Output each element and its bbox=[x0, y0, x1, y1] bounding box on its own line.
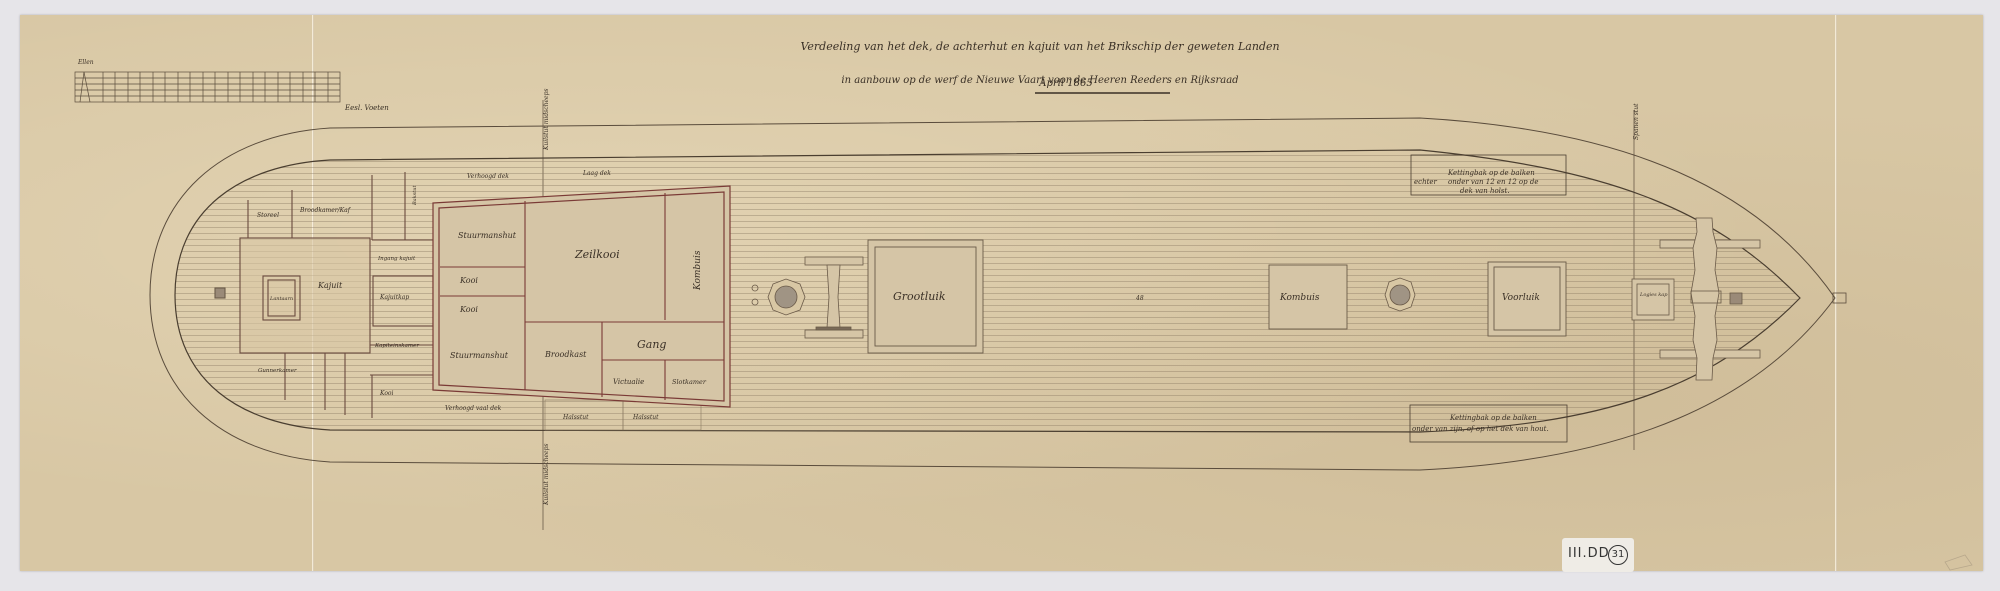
scale-unit-label: Eesl. Voeten bbox=[344, 104, 389, 112]
deck-plan-drawing: Verdeeling van het dek, de achterhut en … bbox=[0, 0, 2000, 591]
label-quarter-deck-top: Verhoogd dek bbox=[467, 173, 509, 180]
room-side: Kooi bbox=[379, 390, 394, 397]
room-stores: Storeel bbox=[257, 212, 279, 219]
fore-pump-icon bbox=[1385, 278, 1415, 311]
scale-header: Ellen bbox=[77, 59, 94, 66]
room-berth-1: Kooi bbox=[459, 276, 478, 285]
station-note-top: Kuilstut midscheeps bbox=[543, 89, 550, 152]
label-hatch-1: Halsstut bbox=[562, 414, 589, 421]
title-line-1: Verdeeling van het dek, de achterhut en … bbox=[800, 40, 1279, 53]
room-small-port: Bakstut bbox=[412, 185, 418, 206]
title-block: Verdeeling van het dek, de achterhut en … bbox=[800, 40, 1279, 93]
room-bread-store: Broodkast bbox=[544, 350, 587, 359]
room-cabin-entrance: Ingang kajuit bbox=[377, 256, 416, 262]
room-gunner: Gunnerkamer bbox=[258, 368, 297, 374]
label-low-deck-top: Laag dek bbox=[582, 170, 611, 177]
room-galley: Kombuis bbox=[693, 250, 703, 291]
scale-bar: Ellen Eesl. Voeten bbox=[75, 59, 389, 112]
note-top-line-3: dek van holst. bbox=[1460, 187, 1510, 195]
room-provisions: Victualie bbox=[613, 378, 644, 386]
station-note-bottom: Kuilstut midscheeps bbox=[543, 444, 550, 507]
room-cabin: Kajuit bbox=[317, 281, 343, 290]
note-bottom-line-2: onder van zijn, of op het dek van hout. bbox=[1412, 425, 1549, 433]
archive-label: III.DD 31 bbox=[1562, 538, 1634, 572]
label-fore-hatch: Voorluik bbox=[1502, 293, 1540, 303]
label-deck-house: Kombuis bbox=[1279, 293, 1320, 303]
archive-code: III.DD bbox=[1568, 546, 1610, 561]
room-mate-cabin-2: Stuurmanshut bbox=[450, 351, 509, 360]
room-mate-cabin-1: Stuurmanshut bbox=[458, 231, 517, 240]
room-saloon: Zeilkooi bbox=[574, 248, 620, 261]
note-top-line-1: Kettingbak op de balken bbox=[1447, 169, 1535, 177]
note-top-left-word: echter bbox=[1414, 178, 1438, 186]
room-berth-2: Kooi bbox=[459, 305, 478, 314]
archive-number: 31 bbox=[1608, 545, 1628, 565]
note-bottom-line-1: Kettingbak op de balken bbox=[1449, 414, 1537, 422]
title-date: April 1865 bbox=[1038, 78, 1092, 89]
label-quarter-deck-bottom: Verhoogd vaal dek bbox=[445, 405, 502, 412]
note-top-line-2: onder van 12 en 12 op de bbox=[1448, 178, 1538, 186]
room-bread: Broodkamer/Kaf bbox=[299, 207, 352, 214]
midship-mark: 48 bbox=[1135, 295, 1144, 302]
room-lantern: Lantaarn bbox=[269, 296, 293, 302]
room-skylight: Kajuitkap bbox=[379, 294, 409, 301]
room-storeroom: Slotkamer bbox=[672, 378, 707, 386]
station-note-fore: Spanen stut bbox=[1633, 103, 1640, 140]
label-fore-scuttle: Logies kap bbox=[1639, 292, 1668, 298]
room-passage: Gang bbox=[637, 338, 666, 351]
label-hatch-2: Halsstut bbox=[632, 414, 659, 421]
fore-scuttle bbox=[1632, 279, 1674, 320]
label-main-hatch: Grootluik bbox=[893, 290, 946, 303]
room-captain: Kapiteinskamer bbox=[374, 343, 419, 349]
